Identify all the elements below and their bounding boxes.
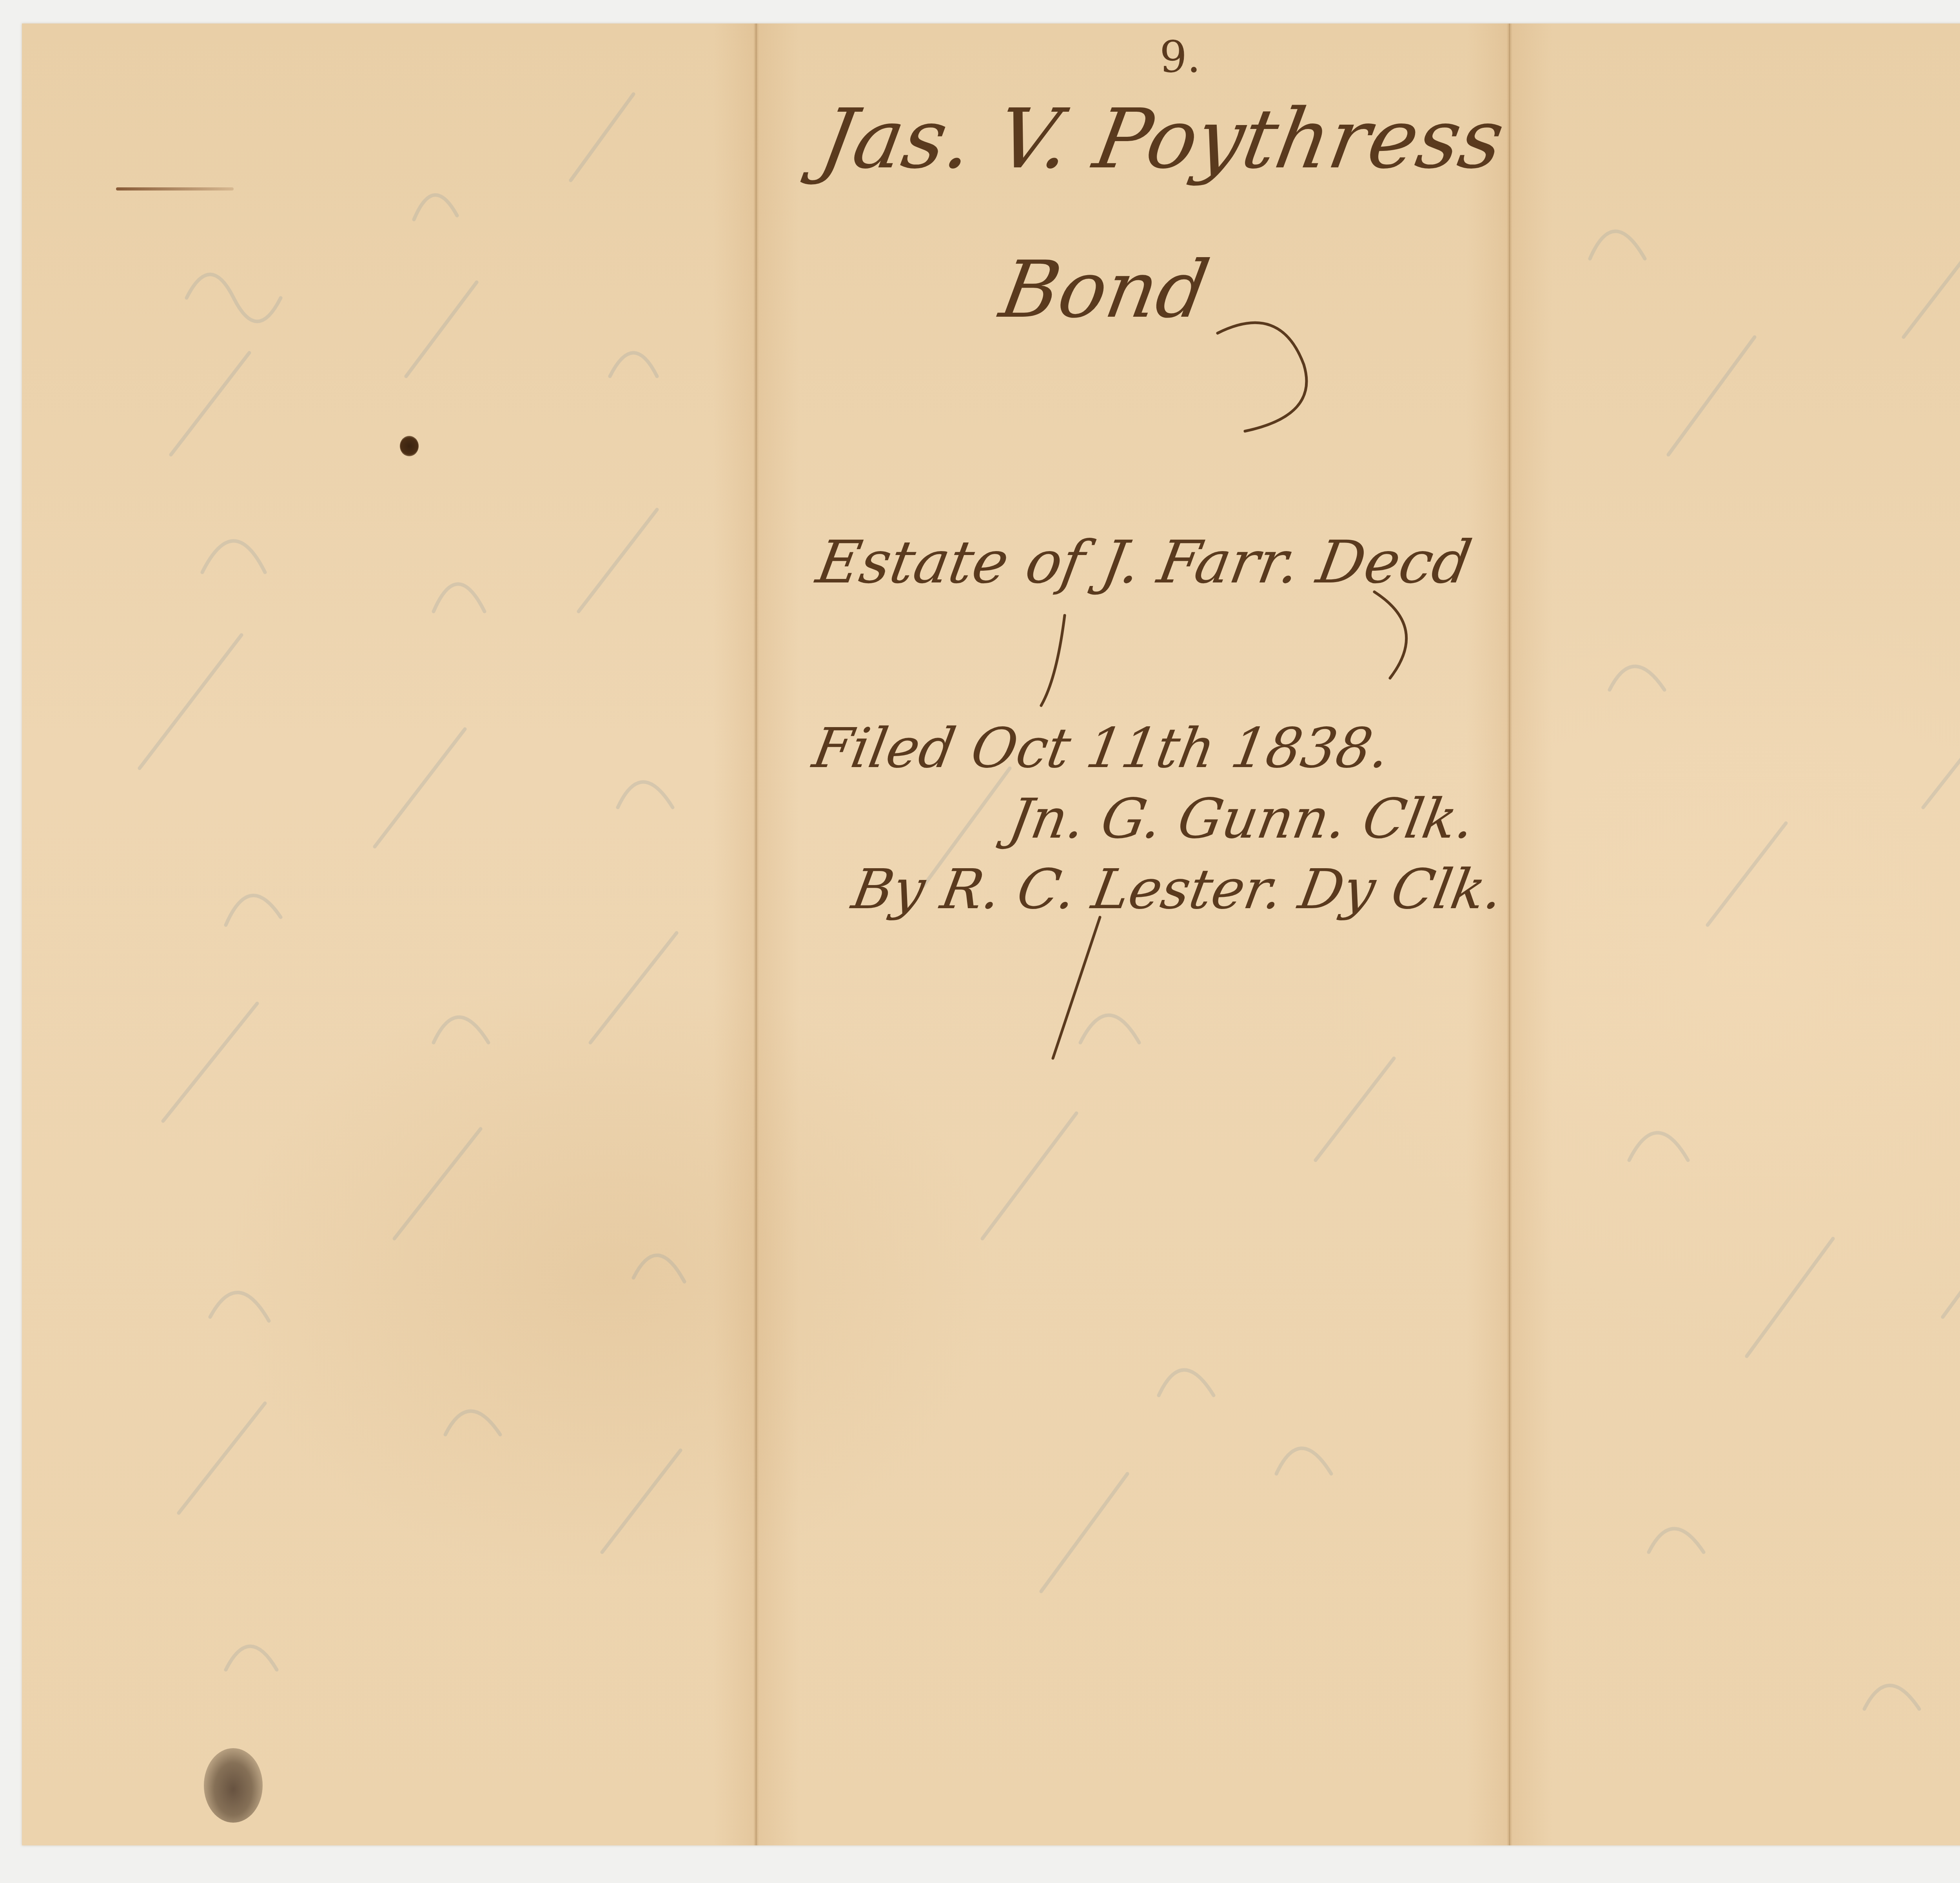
- document-sheet: 9. Jas. V. Poythress Bond Estate of J. F…: [22, 24, 1960, 1845]
- docket-instrument: Bond: [995, 251, 1214, 329]
- ink-spatter: [116, 187, 234, 190]
- panel-3: [1510, 24, 1960, 1845]
- docket-name: Jas. V. Poythress: [814, 98, 1510, 180]
- ink-dot-stain: [400, 436, 419, 456]
- panel-1: [22, 24, 756, 1845]
- docket-filed-date: Filed Oct 11th 1838.: [809, 721, 1394, 776]
- docket-number: 9.: [1160, 35, 1201, 78]
- docket-clerk-signature: Jn. G. Gunn. Clk.: [1005, 792, 1479, 847]
- docket-estate: Estate of J. Farr. Decd: [813, 533, 1475, 592]
- docket-deputy-signature: By R. C. Lester. Dy Clk.: [848, 862, 1507, 917]
- dark-water-stain: [204, 1748, 263, 1823]
